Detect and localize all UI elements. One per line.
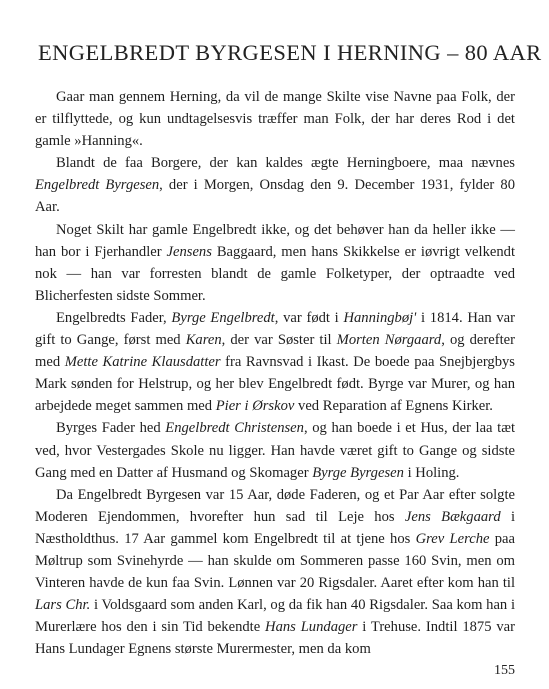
paragraph: Byrges Fader hed Engelbredt Christensen,… <box>35 417 515 483</box>
text-run: Gaar man gennem Herning, da vil de mange… <box>35 89 515 149</box>
italic-name: Lars Chr. <box>35 597 90 613</box>
paragraph: Engelbredts Fader, Byrge Engelbredt, var… <box>35 307 515 417</box>
text-run: ved Reparation af Egnens Kirker. <box>294 398 493 414</box>
text-run: , var født i <box>275 310 344 326</box>
text-run: i Holing. <box>404 465 460 481</box>
italic-name: Hanningbøj' <box>343 310 416 326</box>
text-run: Byrges Fader hed <box>56 420 165 436</box>
italic-name: Hans Lundager <box>265 619 357 635</box>
text-run: Engelbredts Fader, <box>56 310 171 326</box>
paragraph: Noget Skilt har gamle Engelbredt ikke, o… <box>35 219 515 307</box>
italic-name: Byrge Byrgesen <box>312 465 404 481</box>
italic-name: Jens Bækgaard <box>405 509 501 525</box>
italic-name: Grev Lerche <box>416 531 490 547</box>
paragraph: Blandt de faa Borgere, der kan kaldes æg… <box>35 152 515 218</box>
page-number: 155 <box>494 663 515 679</box>
article-body: Gaar man gennem Herning, da vil de mange… <box>35 86 515 660</box>
page-title: ENGELBREDT BYRGESEN I HERNING – 80 AAR <box>38 40 518 66</box>
paragraph: Da Engelbredt Byrgesen var 15 Aar, døde … <box>35 484 515 661</box>
italic-name: Mette Katrine Klausdatter <box>65 354 221 370</box>
italic-name: Engelbredt Byrgesen <box>35 177 159 193</box>
text-run: , der var Søster til <box>222 332 337 348</box>
paragraph: Gaar man gennem Herning, da vil de mange… <box>35 86 515 152</box>
italic-name: Engelbredt Christensen <box>165 420 304 436</box>
italic-name: Jensens <box>167 244 212 260</box>
italic-name: Morten Nørgaard <box>337 332 442 348</box>
italic-name: Karen <box>186 332 222 348</box>
italic-name: Byrge Engelbredt <box>171 310 274 326</box>
text-run: Blandt de faa Borgere, der kan kaldes æg… <box>56 155 515 171</box>
italic-name: Pier i Ørskov <box>216 398 295 414</box>
